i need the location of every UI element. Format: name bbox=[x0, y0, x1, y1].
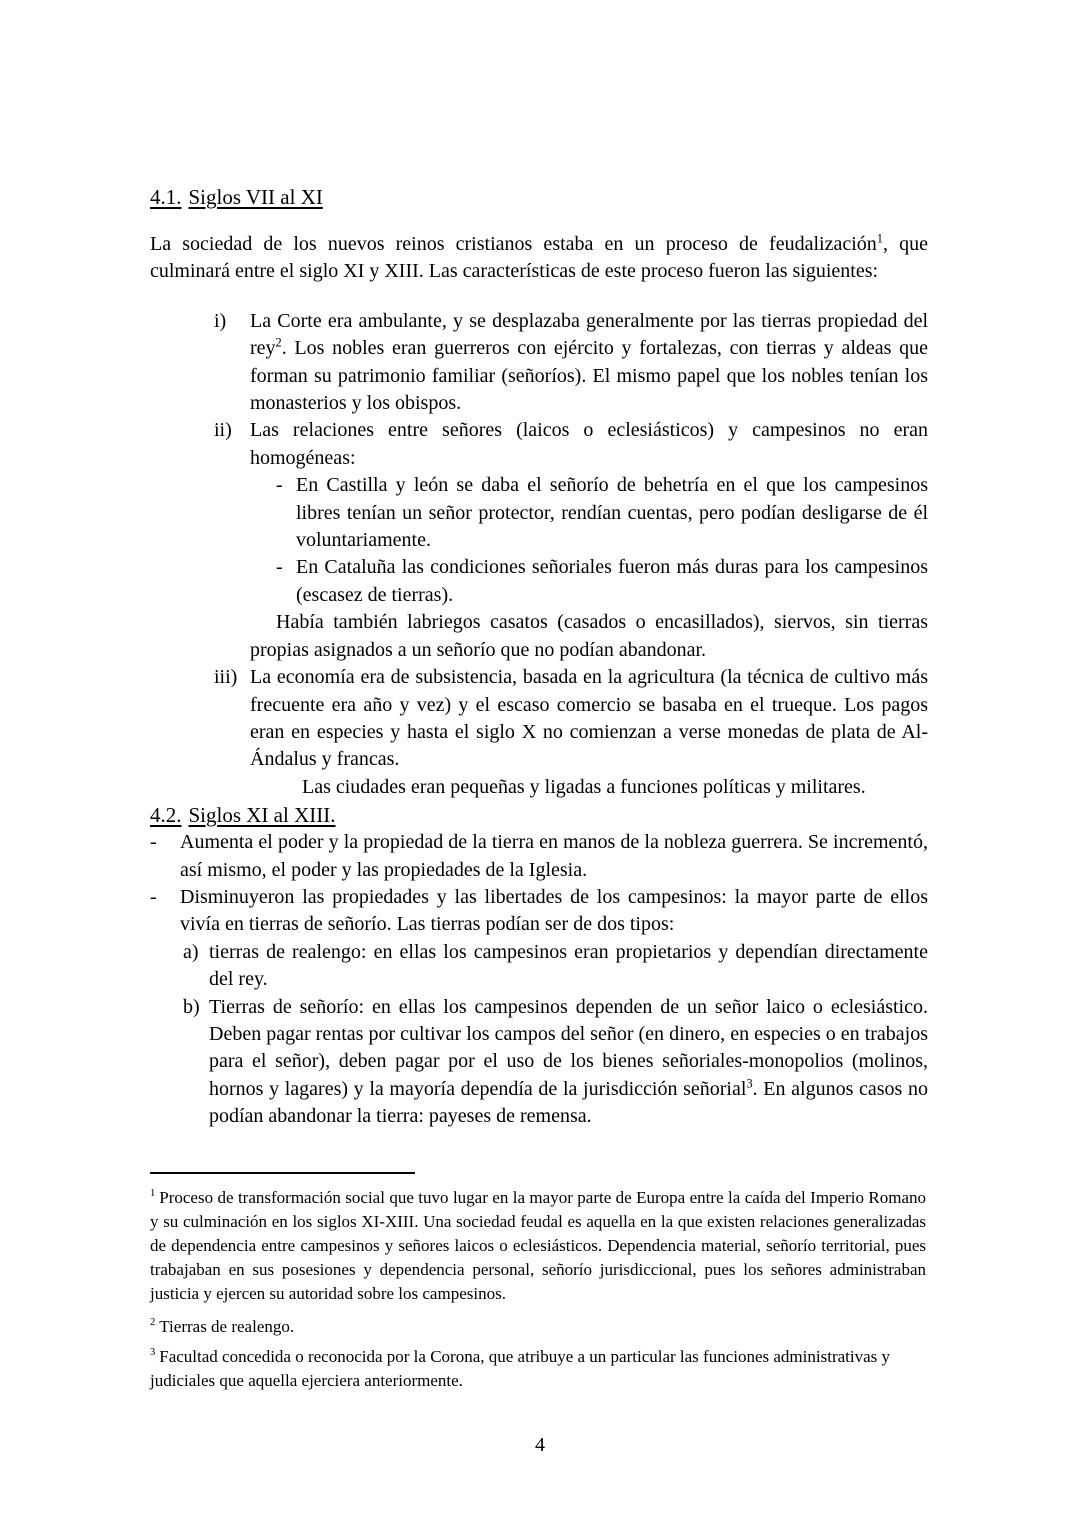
list-item-i: i) La Corte era ambulante, y se desplaza… bbox=[150, 308, 928, 418]
footnote-3: 3Facultad concedida o reconocida por la … bbox=[150, 1345, 926, 1393]
list-item-b-text: Tierras de señorío: en ellas los campesi… bbox=[209, 994, 928, 1131]
section-heading-4-1: 4.1.Siglos VII al XI bbox=[150, 183, 928, 211]
list-item-ii: ii) Las relaciones entre señores (laicos… bbox=[150, 417, 928, 472]
item-i-text-cont: . Los nobles eran guerreros con ejército… bbox=[250, 337, 928, 414]
section-heading-4-2: 4.2.Siglos XI al XIII. bbox=[150, 801, 928, 829]
footnote-2-marker: 2 bbox=[150, 1317, 155, 1328]
dash-marker: - bbox=[276, 554, 296, 609]
sub-dash-item-cataluna: - En Cataluña las condiciones señoriales… bbox=[150, 554, 928, 609]
list-marker-b: b) bbox=[183, 994, 209, 1131]
intro-text: La sociedad de los nuevos reinos cristia… bbox=[150, 233, 877, 255]
document-body: 4.1.Siglos VII al XI La sociedad de los … bbox=[150, 183, 928, 1131]
list-marker-a: a) bbox=[183, 939, 209, 994]
list-marker-ii: ii) bbox=[214, 417, 250, 472]
sub-dash-cataluna-text: En Cataluña las condiciones señoriales f… bbox=[296, 554, 928, 609]
footnote-3-text: Facultad concedida o reconocida por la C… bbox=[150, 1347, 890, 1390]
section-title: Siglos VII al XI bbox=[189, 185, 323, 209]
habia-paragraph: Había también labriegos casatos (casados… bbox=[250, 609, 928, 664]
dash-marker: - bbox=[150, 884, 180, 939]
list-item-ii-text: Las relaciones entre señores (laicos o e… bbox=[250, 417, 928, 472]
dash-marker: - bbox=[150, 829, 180, 884]
bullet-nobleza-text: Aumenta el poder y la propiedad de la ti… bbox=[180, 829, 928, 884]
footnotes-section: 1Proceso de transformación social que tu… bbox=[150, 1172, 926, 1393]
section-number: 4.1. bbox=[150, 185, 182, 209]
list-marker-i: i) bbox=[214, 308, 250, 418]
bullet-item-nobleza: - Aumenta el poder y la propiedad de la … bbox=[150, 829, 928, 884]
list-item-b: b) Tierras de señorío: en ellas los camp… bbox=[150, 994, 928, 1131]
list-item-iii: iii) La economía era de subsistencia, ba… bbox=[150, 664, 928, 774]
list-item-a-text: tierras de realengo: en ellas los campes… bbox=[209, 939, 928, 994]
sub-dash-item-castilla: - En Castilla y león se daba el señorío … bbox=[150, 472, 928, 554]
bullet-campesinos-text: Disminuyeron las propiedades y las liber… bbox=[180, 884, 928, 939]
footnote-2: 2Tierras de realengo. bbox=[150, 1315, 926, 1339]
document-page: 4.1.Siglos VII al XI La sociedad de los … bbox=[0, 0, 1080, 1528]
footnote-3-marker: 3 bbox=[150, 1347, 155, 1358]
list-item-a: a) tierras de realengo: en ellas los cam… bbox=[150, 939, 928, 994]
ciudades-line: Las ciudades eran pequeñas y ligadas a f… bbox=[250, 774, 928, 801]
sub-dash-castilla-text: En Castilla y león se daba el señorío de… bbox=[296, 472, 928, 554]
list-item-iii-text: La economía era de subsistencia, basada … bbox=[250, 664, 928, 774]
dash-marker: - bbox=[276, 472, 296, 554]
page-number: 4 bbox=[0, 1434, 1080, 1457]
list-marker-iii: iii) bbox=[214, 664, 250, 774]
footnote-1-marker: 1 bbox=[150, 1188, 155, 1199]
section-number: 4.2. bbox=[150, 803, 182, 827]
section-title: Siglos XI al XIII. bbox=[189, 803, 336, 827]
intro-paragraph: La sociedad de los nuevos reinos cristia… bbox=[150, 231, 928, 286]
bullet-item-campesinos: - Disminuyeron las propiedades y las lib… bbox=[150, 884, 928, 939]
footnote-1: 1Proceso de transformación social que tu… bbox=[150, 1186, 926, 1306]
footnote-2-text: Tierras de realengo. bbox=[159, 1317, 294, 1336]
list-item-i-text: La Corte era ambulante, y se desplazaba … bbox=[250, 308, 928, 418]
footnote-1-text: Proceso de transformación social que tuv… bbox=[150, 1188, 926, 1303]
footnote-separator bbox=[150, 1172, 415, 1174]
